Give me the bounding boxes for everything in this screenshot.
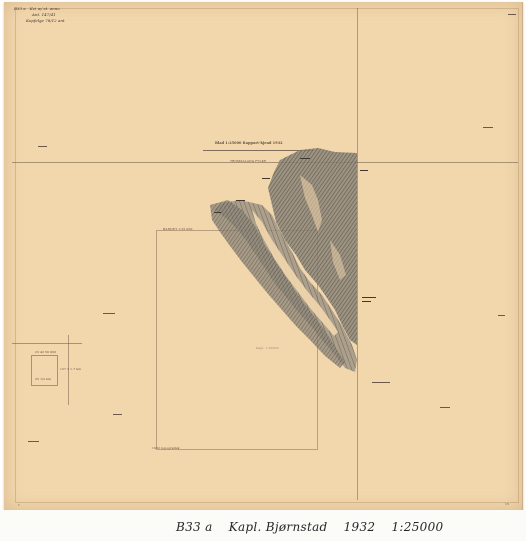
map-caption: B33 a Kapl. Bjørnstad 1932 1:25000 <box>176 520 455 534</box>
terrain-landmass <box>0 0 526 541</box>
caption-scale: 1:25000 <box>392 520 444 534</box>
caption-year: 1932 <box>344 520 376 534</box>
caption-title: Kapl. Bjørnstad <box>229 520 328 534</box>
caption-sheet-number: B33 a <box>176 520 213 534</box>
